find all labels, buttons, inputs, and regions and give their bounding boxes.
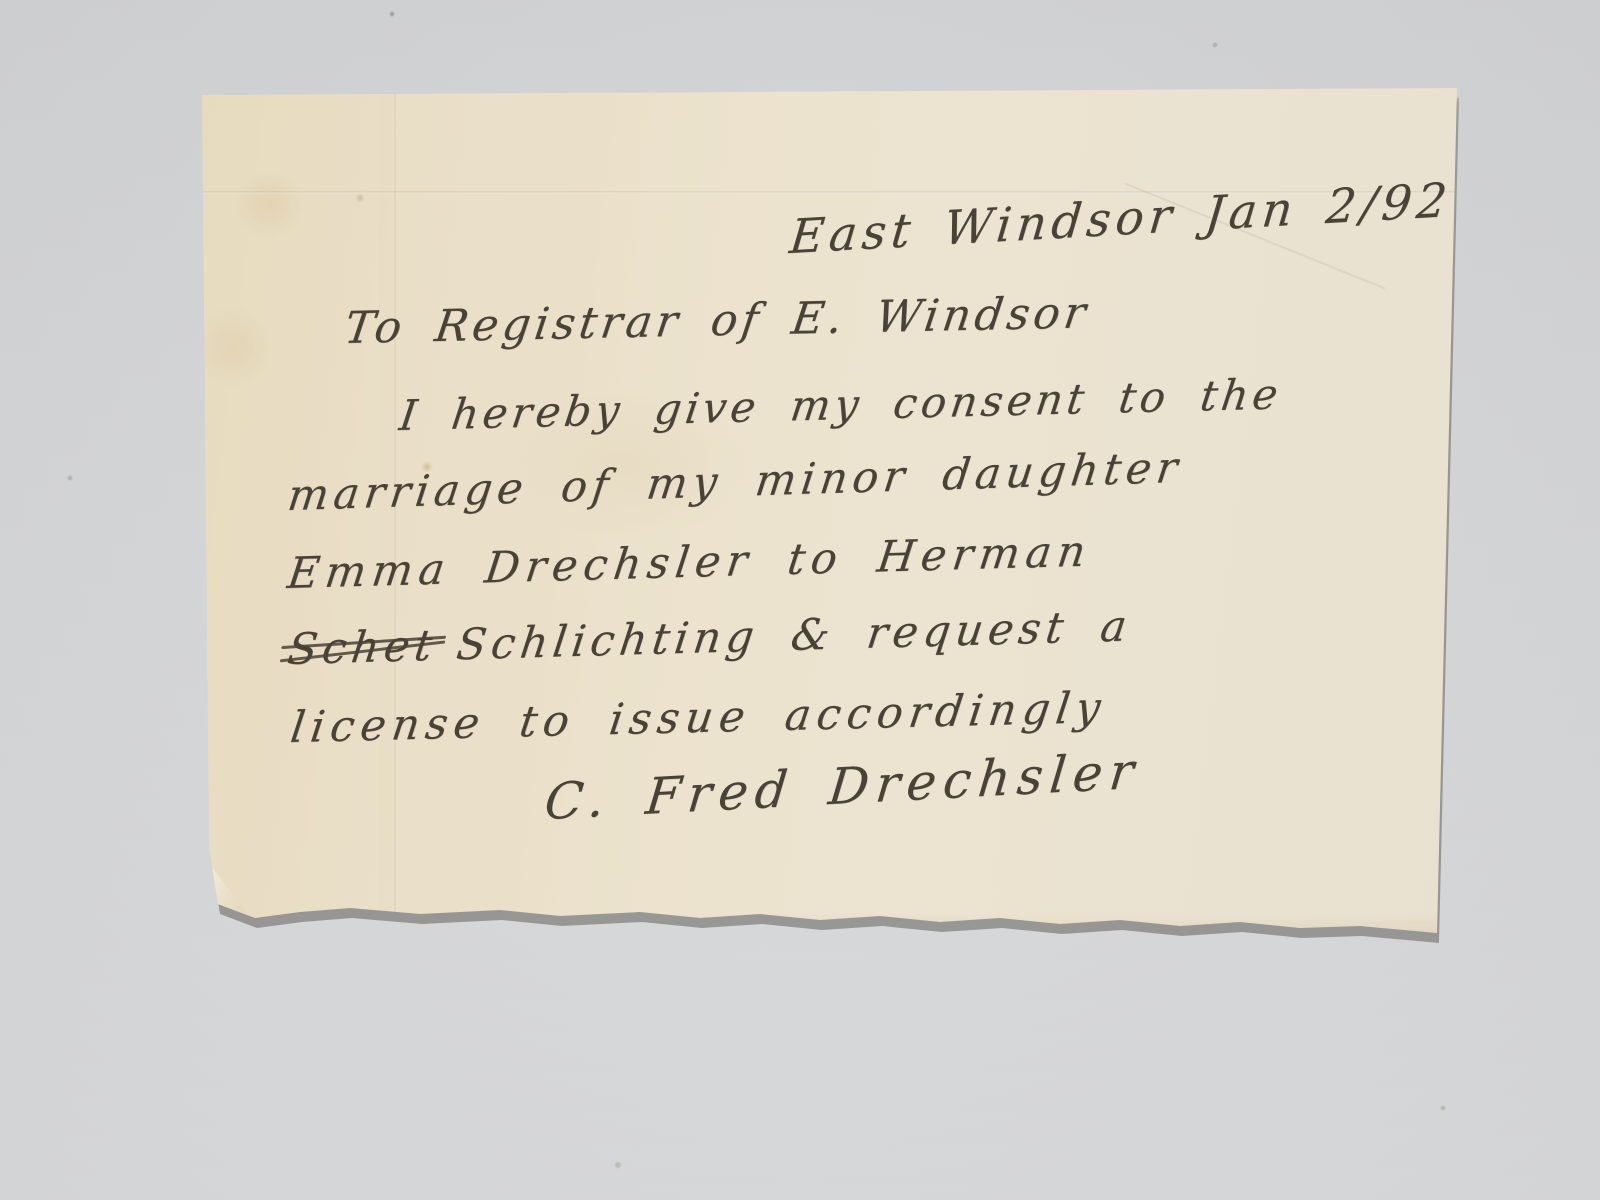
body-line-1: I hereby give my consent to the bbox=[397, 369, 1285, 440]
struck-out-word: Schet bbox=[285, 621, 440, 675]
body-line-5: license to issue accordingly bbox=[288, 683, 1110, 753]
body-line-4-text: Schlichting & request a bbox=[454, 601, 1135, 670]
salutation-line: To Registrar of E. Windsor bbox=[341, 287, 1092, 354]
signature-line: C. Fred Drechsler bbox=[542, 742, 1144, 832]
body-line-3: Emma Drechsler to Herman bbox=[285, 526, 1095, 599]
body-line-2: marriage of my minor daughter bbox=[285, 443, 1185, 521]
dateline: East Windsor Jan 2/92 bbox=[787, 173, 1454, 265]
handwritten-note-paper: East Windsor Jan 2/92 To Registrar of E.… bbox=[195, 85, 1465, 947]
body-line-4: SchetSchlichting & request a bbox=[285, 601, 1135, 675]
